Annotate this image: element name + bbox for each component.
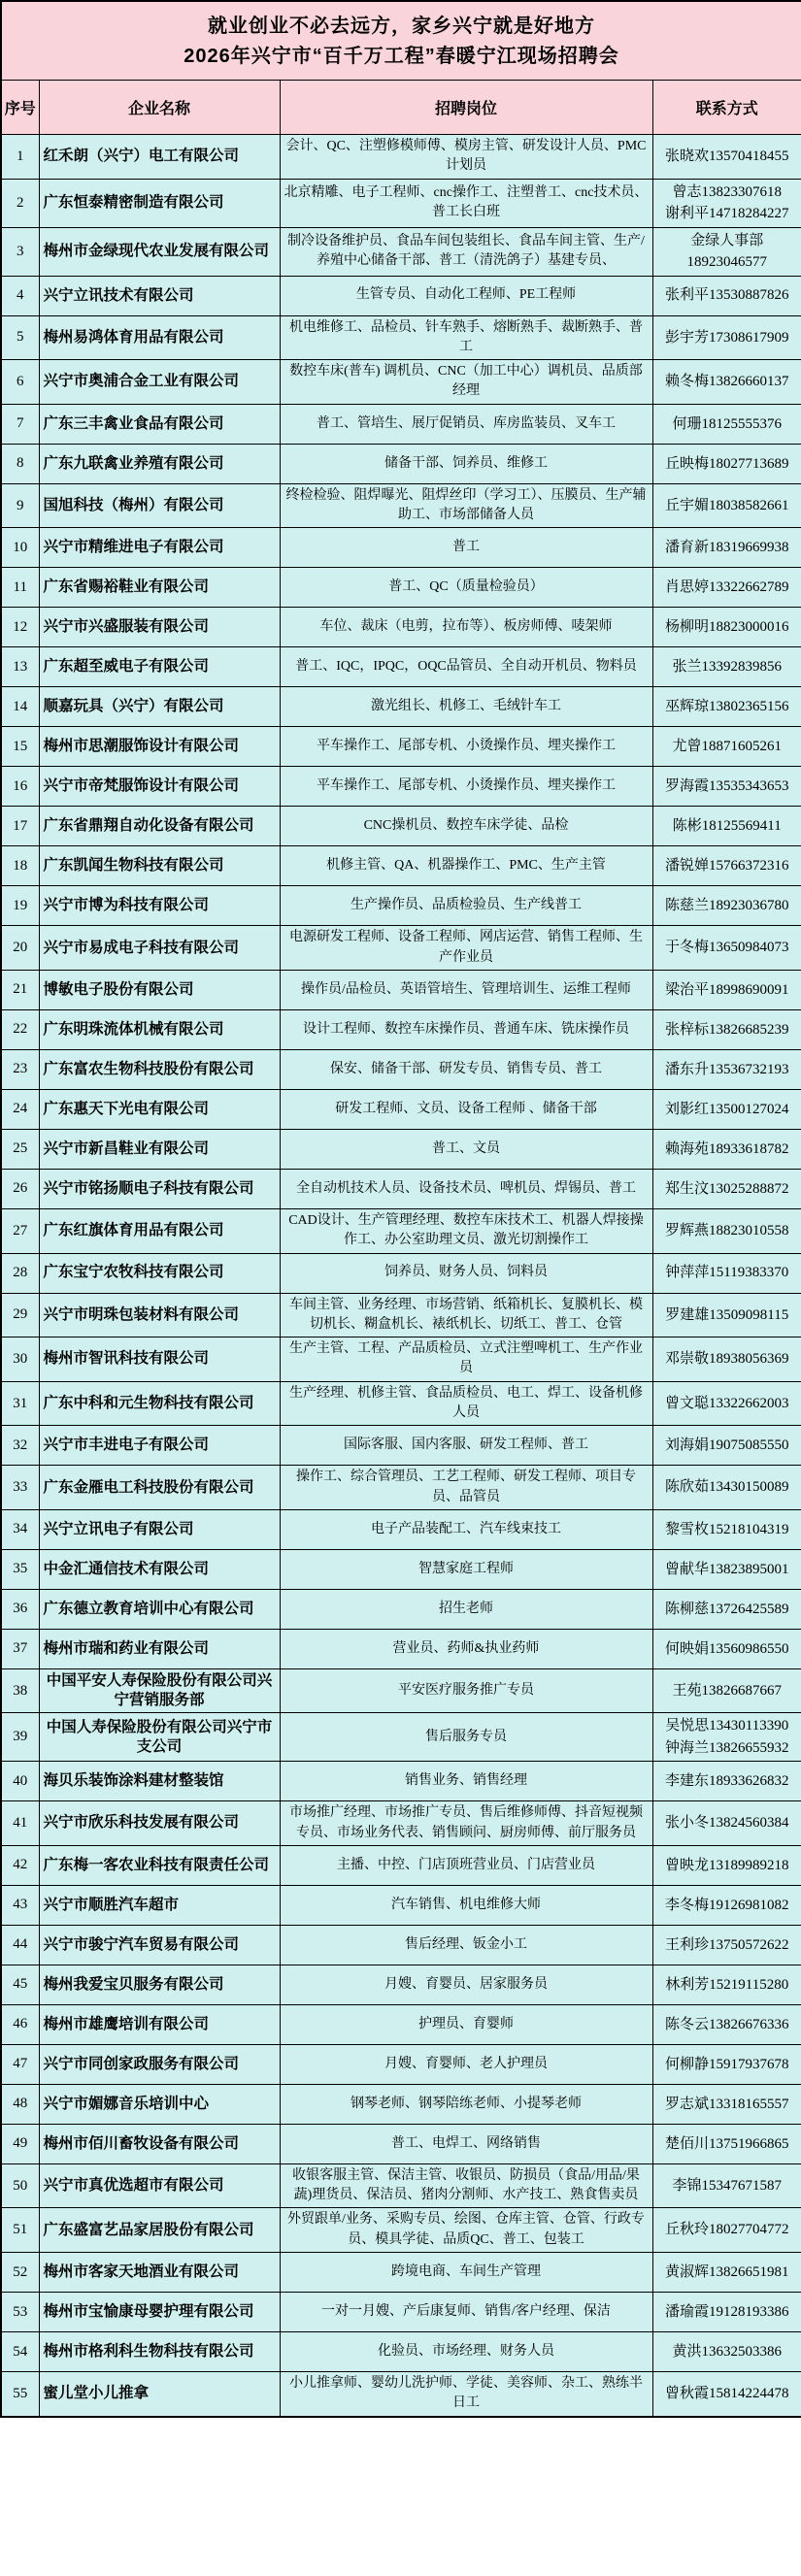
table-row: 20 兴宁市易成电子科技有限公司 电源研发工程师、设备工程师、网店运营、销售工程… [1,926,801,971]
job-positions: 平车操作工、尾部专机、小烫操作员、埋夹操作工 [280,727,652,767]
contact-info: 张晓欢13570418455 [652,135,801,180]
company-name: 兴宁市易成电子科技有限公司 [39,926,280,971]
contact-info: 邓崇敬18938056369 [652,1338,801,1382]
row-number: 32 [1,1426,39,1466]
row-number: 20 [1,926,39,971]
table-row: 18 广东凯闻生物科技有限公司 机修主管、QA、机器操作工、PMC、生产主管 潘… [1,846,801,886]
job-positions: 外贸跟单/业务、采购专员、绘图、仓库主管、仓管、行政专员、模具学徒、品质QC、普… [280,2208,652,2253]
table-row: 34 兴宁立讯电子有限公司 电子产品装配工、汽车线束技工 黎雪枚15218104… [1,1509,801,1549]
company-name: 广东金雁电工科技股份有限公司 [39,1466,280,1510]
table-row: 36 广东德立教育培训中心有限公司 招生老师 陈柳慈13726425589 [1,1589,801,1629]
company-name: 兴宁市丰进电子有限公司 [39,1426,280,1466]
contact-info: 赖冬梅13826660137 [652,360,801,405]
contact-info: 张梓标13826685239 [652,1009,801,1049]
table-row: 5 梅州易鸿体育用品有限公司 机电维修工、品检员、针车熟手、熔断熟手、裁断熟手、… [1,315,801,360]
row-number: 31 [1,1381,39,1426]
contact-info: 李建东18933626832 [652,1762,801,1801]
title-slogan: 就业创业不必去远方，家乡兴宁就是好地方 [8,12,795,42]
table-row: 48 兴宁市媚娜音乐培训中心 钢琴老师、钢琴陪练老师、小提琴老师 罗志斌1331… [1,2084,801,2124]
company-name: 广东梅一客农业科技有限责任公司 [39,1845,280,1885]
job-positions: 车间主管、业务经理、市场营销、纸箱机长、复膜机长、模切机长、糊盒机长、裱纸机长、… [280,1293,652,1338]
company-name: 梅州易鸿体育用品有限公司 [39,315,280,360]
table-row: 13 广东超至威电子有限公司 普工、IQC，IPQC，OQC品管员、全自动开机员… [1,647,801,687]
job-positions: 操作工、综合管理员、工艺工程师、研发工程师、项目专员、品管员 [280,1466,652,1510]
job-positions: 智慧家庭工程师 [280,1549,652,1589]
row-number: 43 [1,1885,39,1925]
job-positions: 平车操作工、尾部专机、小烫操作员、埋夹操作工 [280,767,652,807]
contact-info: 刘海娟19075085550 [652,1426,801,1466]
job-positions: 电源研发工程师、设备工程师、网店运营、销售工程师、生产作业员 [280,926,652,971]
contact-info: 黄淑辉13826651981 [652,2253,801,2293]
job-positions: 营业员、药师&执业药师 [280,1629,652,1668]
table-row: 40 海贝乐装饰涂料建材整装馆 销售业务、销售经理 李建东18933626832 [1,1762,801,1801]
row-number: 27 [1,1208,39,1253]
row-number: 40 [1,1762,39,1801]
row-number: 15 [1,727,39,767]
table-row: 19 兴宁市博为科技有限公司 生产操作员、品质检验员、生产线普工 陈慈兰1892… [1,886,801,926]
row-number: 52 [1,2253,39,2293]
row-number: 18 [1,846,39,886]
contact-info: 丘秋玲18027704772 [652,2208,801,2253]
company-name: 蜜儿堂小儿推拿 [39,2372,280,2417]
row-number: 26 [1,1169,39,1208]
table-row: 39 中国人寿保险股份有限公司兴宁市支公司 售后服务专员 吴悦思13430113… [1,1713,801,1762]
table-row: 44 兴宁市骏宁汽车贸易有限公司 售后经理、钣金小工 王利珍1375057262… [1,1925,801,1965]
company-name: 兴宁市骏宁汽车贸易有限公司 [39,1925,280,1965]
row-number: 29 [1,1293,39,1338]
row-number: 36 [1,1589,39,1629]
table-row: 46 梅州市雄鹰培训有限公司 护理员、育婴师 陈冬云13826676336 [1,2004,801,2044]
contact-info: 彭宇芳17308617909 [652,315,801,360]
table-row: 35 中金汇通信技术有限公司 智慧家庭工程师 曾献华13823895001 [1,1549,801,1589]
contact-info: 王利珍13750572622 [652,1925,801,1965]
row-number: 30 [1,1338,39,1382]
contact-info: 罗建雄13509098115 [652,1293,801,1338]
job-positions: 全自动机技术人员、设备技术员、啤机员、焊锡员、普工 [280,1169,652,1208]
table-row: 9 国旭科技（梅州）有限公司 终检检验、阻焊曝光、阻焊丝印（学习工）、压膜员、生… [1,483,801,528]
company-name: 广东明珠流体机械有限公司 [39,1009,280,1049]
row-number: 38 [1,1668,39,1712]
company-name: 兴宁市媚娜音乐培训中心 [39,2084,280,2124]
contact-info: 曾文聪13322662003 [652,1381,801,1426]
row-number: 48 [1,2084,39,2124]
table-row: 15 梅州市思潮服饰设计有限公司 平车操作工、尾部专机、小烫操作员、埋夹操作工 … [1,727,801,767]
table-row: 37 梅州市瑞和药业有限公司 营业员、药师&执业药师 何映娟1356098655… [1,1629,801,1668]
table-row: 6 兴宁市奥浦合金工业有限公司 数控车床(普车) 调机员、CNC（加工中心）调机… [1,360,801,405]
table-row: 28 广东宝宁农牧科技有限公司 饲养员、财务人员、饲料员 钟萍萍15119383… [1,1253,801,1293]
company-name: 顺嘉玩具（兴宁）有限公司 [39,687,280,727]
company-name: 兴宁市帝梵服饰设计有限公司 [39,767,280,807]
row-number: 10 [1,528,39,568]
job-positions: 生产主管、工程、产品质检员、立式注塑啤机工、生产作业员 [280,1338,652,1382]
table-row: 21 博敏电子股份有限公司 操作员/品检员、英语管培生、管理培训生、运维工程师 … [1,970,801,1009]
table-row: 54 梅州市格利科生物科技有限公司 化验员、市场经理、财务人员 黄洪136325… [1,2332,801,2372]
contact-info: 罗海霞13535343653 [652,767,801,807]
company-name: 兴宁市奥浦合金工业有限公司 [39,360,280,405]
job-positions: 普工、电焊工、网络销售 [280,2124,652,2163]
job-positions: 电子产品装配工、汽车线束技工 [280,1509,652,1549]
row-number: 45 [1,1965,39,2004]
company-name: 广东省鼎翔自动化设备有限公司 [39,807,280,846]
contact-info: 郑生汶13025288872 [652,1169,801,1208]
row-number: 33 [1,1466,39,1510]
company-name: 广东九联禽业养殖有限公司 [39,444,280,483]
contact-info: 丘宇媚18038582661 [652,483,801,528]
company-name: 兴宁市铭扬顺电子科技有限公司 [39,1169,280,1208]
row-number: 14 [1,687,39,727]
column-header-seq: 序号 [1,81,39,135]
company-name: 梅州市雄鹰培训有限公司 [39,2004,280,2044]
row-number: 21 [1,970,39,1009]
job-positions: 国际客服、国内客服、研发工程师、普工 [280,1426,652,1466]
table-row: 42 广东梅一客农业科技有限责任公司 主播、中控、门店顶班营业员、门店营业员 曾… [1,1845,801,1885]
row-number: 11 [1,568,39,608]
contact-info: 吴悦思13430113390 钟海兰13826655932 [652,1713,801,1762]
table-row: 16 兴宁市帝梵服饰设计有限公司 平车操作工、尾部专机、小烫操作员、埋夹操作工 … [1,767,801,807]
table-row: 3 梅州市金绿现代农业发展有限公司 制冷设备维护员、食品车间包装组长、食品车间主… [1,227,801,276]
table-row: 47 兴宁市同创家政服务有限公司 月嫂、育婴师、老人护理员 何柳静1591793… [1,2044,801,2084]
table-row: 24 广东惠天下光电有限公司 研发工程师、文员、设备工程师 、储备干部 刘影红1… [1,1089,801,1129]
job-positions: 月嫂、育婴师、老人护理员 [280,2044,652,2084]
company-name: 中金汇通信技术有限公司 [39,1549,280,1589]
table-row: 51 广东盛富艺品家居股份有限公司 外贸跟单/业务、采购专员、绘图、仓库主管、仓… [1,2208,801,2253]
row-number: 42 [1,1845,39,1885]
job-positions: 跨境电商、车间生产管理 [280,2253,652,2293]
job-positions: 收银客服主管、保洁主管、收银员、防损员（食品/用品/果蔬)理货员、保洁员、猪肉分… [280,2163,652,2208]
job-positions: 一对一月嫂、产后康复师、销售/客户经理、保洁 [280,2293,652,2332]
table-row: 23 广东富农生物科技股份有限公司 保安、储备干部、研发专员、销售专员、普工 潘… [1,1049,801,1089]
job-positions: 机修主管、QA、机器操作工、PMC、生产主管 [280,846,652,886]
job-positions: 北京精雕、电子工程师、cnc操作工、注塑普工、cnc技术员、普工长白班 [280,179,652,227]
column-header-contact: 联系方式 [652,81,801,135]
job-positions: 护理员、育婴师 [280,2004,652,2044]
row-number: 4 [1,276,39,315]
row-number: 7 [1,404,39,444]
company-name: 海贝乐装饰涂料建材整装馆 [39,1762,280,1801]
job-positions: 数控车床(普车) 调机员、CNC（加工中心）调机员、品质部经理 [280,360,652,405]
row-number: 24 [1,1089,39,1129]
row-number: 25 [1,1129,39,1169]
table-row: 50 兴宁市真优选超市有限公司 收银客服主管、保洁主管、收银员、防损员（食品/用… [1,2163,801,2208]
job-positions: 市场推广经理、市场推广专员、售后维修师傅、抖音短视频专员、市场业务代表、销售顾问… [280,1801,652,1846]
row-number: 9 [1,483,39,528]
job-positions: 机电维修工、品检员、针车熟手、熔断熟手、裁断熟手、普工 [280,315,652,360]
job-positions: 研发工程师、文员、设备工程师 、储备干部 [280,1089,652,1129]
row-number: 51 [1,2208,39,2253]
contact-info: 李锦15347671587 [652,2163,801,2208]
contact-info: 张兰13392839856 [652,647,801,687]
contact-info: 巫辉琼13802365156 [652,687,801,727]
job-positions: CAD设计、生产管理经理、数控车床技术工、机器人焊接操作工、办公室助理文员、激光… [280,1208,652,1253]
table-row: 41 兴宁市欣乐科技发展有限公司 市场推广经理、市场推广专员、售后维修师傅、抖音… [1,1801,801,1846]
table-row: 17 广东省鼎翔自动化设备有限公司 CNC操机员、数控车床学徒、品检 陈彬181… [1,807,801,846]
company-name: 兴宁立讯电子有限公司 [39,1509,280,1549]
table-row: 45 梅州我爱宝贝服务有限公司 月嫂、育婴员、居家服务员 林利芳15219115… [1,1965,801,2004]
job-positions: 会计、QC、注塑修模师傅、模房主管、研发设计人员、PMC计划员 [280,135,652,180]
table-row: 25 兴宁市新昌鞋业有限公司 普工、文员 赖海苑18933618782 [1,1129,801,1169]
company-name: 广东中科和元生物科技有限公司 [39,1381,280,1426]
job-positions: 生产经理、机修主管、食品质检员、电工、焊工、设备机修人员 [280,1381,652,1426]
company-name: 梅州市智讯科技有限公司 [39,1338,280,1382]
row-number: 5 [1,315,39,360]
contact-info: 陈柳慈13726425589 [652,1589,801,1629]
job-positions: 普工、QC（质量检验员） [280,568,652,608]
contact-info: 罗志斌13318165557 [652,2084,801,2124]
table-row: 32 兴宁市丰进电子有限公司 国际客服、国内客服、研发工程师、普工 刘海娟190… [1,1426,801,1466]
table-row: 26 兴宁市铭扬顺电子科技有限公司 全自动机技术人员、设备技术员、啤机员、焊锡员… [1,1169,801,1208]
table-row: 38 中国平安人寿保险股份有限公司兴宁营销服务部 平安医疗服务推广专员 王苑13… [1,1668,801,1712]
job-positions: 设计工程师、数控车床操作员、普通车床、铣床操作员 [280,1009,652,1049]
company-name: 兴宁立讯技术有限公司 [39,276,280,315]
company-name: 梅州市瑞和药业有限公司 [39,1629,280,1668]
column-header-company: 企业名称 [39,81,280,135]
row-number: 41 [1,1801,39,1846]
job-positions: 普工 [280,528,652,568]
job-positions: 普工、IQC，IPQC，OQC品管员、全自动开机员、物料员 [280,647,652,687]
contact-info: 曾映龙13189989218 [652,1845,801,1885]
company-name: 红禾朗（兴宁）电工有限公司 [39,135,280,180]
job-positions: 普工、文员 [280,1129,652,1169]
contact-info: 陈彬18125569411 [652,807,801,846]
job-positions: 保安、储备干部、研发专员、销售专员、普工 [280,1049,652,1089]
table-row: 53 梅州市宝愉康母婴护理有限公司 一对一月嫂、产后康复师、销售/客户经理、保洁… [1,2293,801,2332]
table-row: 55 蜜儿堂小儿推拿 小儿推拿师、婴幼儿洗护师、学徒、美容师、杂工、熟练半日工 … [1,2372,801,2417]
company-name: 兴宁市精维进电子有限公司 [39,528,280,568]
table-row: 52 梅州市客家天地酒业有限公司 跨境电商、车间生产管理 黄淑辉13826651… [1,2253,801,2293]
table-row: 12 兴宁市兴盛服装有限公司 车位、裁床（电剪，拉布等）、板房师傅、唛架师 杨柳… [1,608,801,647]
table-row: 33 广东金雁电工科技股份有限公司 操作工、综合管理员、工艺工程师、研发工程师、… [1,1466,801,1510]
table-row: 14 顺嘉玩具（兴宁）有限公司 激光组长、机修工、毛绒针车工 巫辉琼138023… [1,687,801,727]
company-name: 广东凯闻生物科技有限公司 [39,846,280,886]
job-positions: CNC操机员、数控车床学徒、品检 [280,807,652,846]
company-name: 国旭科技（梅州）有限公司 [39,483,280,528]
job-positions: 普工、管培生、展厅促销员、库房监装员、叉车工 [280,404,652,444]
contact-info: 潘东升13536732193 [652,1049,801,1089]
contact-info: 何柳静15917937678 [652,2044,801,2084]
job-positions: 化验员、市场经理、财务人员 [280,2332,652,2372]
company-name: 博敏电子股份有限公司 [39,970,280,1009]
row-number: 35 [1,1549,39,1589]
table-row: 11 广东省赐裕鞋业有限公司 普工、QC（质量检验员） 肖思婷133226627… [1,568,801,608]
company-name: 兴宁市真优选超市有限公司 [39,2163,280,2208]
company-name: 梅州市格利科生物科技有限公司 [39,2332,280,2372]
company-name: 梅州市客家天地酒业有限公司 [39,2253,280,2293]
row-number: 17 [1,807,39,846]
company-name: 兴宁市兴盛服装有限公司 [39,608,280,647]
job-positions: 售后经理、钣金小工 [280,1925,652,1965]
contact-info: 黄洪13632503386 [652,2332,801,2372]
job-positions: 饲养员、财务人员、饲料员 [280,1253,652,1293]
column-header-positions: 招聘岗位 [280,81,652,135]
row-number: 13 [1,647,39,687]
contact-info: 何映娟13560986550 [652,1629,801,1668]
company-name: 广东省赐裕鞋业有限公司 [39,568,280,608]
company-name: 梅州市佰川畜牧设备有限公司 [39,2124,280,2163]
job-positions: 激光组长、机修工、毛绒针车工 [280,687,652,727]
row-number: 53 [1,2293,39,2332]
row-number: 49 [1,2124,39,2163]
contact-info: 陈慈兰18923036780 [652,886,801,926]
row-number: 50 [1,2163,39,2208]
row-number: 16 [1,767,39,807]
job-positions: 平安医疗服务推广专员 [280,1668,652,1712]
table-row: 31 广东中科和元生物科技有限公司 生产经理、机修主管、食品质检员、电工、焊工、… [1,1381,801,1426]
job-positions: 制冷设备维护员、食品车间包装组长、食品车间主管、生产/养殖中心储备干部、普工（清… [280,227,652,276]
contact-info: 赖海苑18933618782 [652,1129,801,1169]
table-row: 8 广东九联禽业养殖有限公司 储备干部、饲养员、维修工 丘映梅180277136… [1,444,801,483]
table-row: 27 广东红旗体育用品有限公司 CAD设计、生产管理经理、数控车床技术工、机器人… [1,1208,801,1253]
job-positions: 终检检验、阻焊曝光、阻焊丝印（学习工）、压膜员、生产辅助工、市场部储备人员 [280,483,652,528]
contact-info: 潘瑜霞19128193386 [652,2293,801,2332]
company-name: 中国平安人寿保险股份有限公司兴宁营销服务部 [39,1668,280,1712]
contact-info: 黎雪枚15218104319 [652,1509,801,1549]
company-name: 兴宁市同创家政服务有限公司 [39,2044,280,2084]
job-positions: 月嫂、育婴员、居家服务员 [280,1965,652,2004]
job-positions: 主播、中控、门店顶班营业员、门店营业员 [280,1845,652,1885]
row-number: 55 [1,2372,39,2417]
company-name: 中国人寿保险股份有限公司兴宁市支公司 [39,1713,280,1762]
contact-info: 林利芳15219115280 [652,1965,801,2004]
table-row: 49 梅州市佰川畜牧设备有限公司 普工、电焊工、网络销售 楚佰川13751966… [1,2124,801,2163]
table-row: 1 红禾朗（兴宁）电工有限公司 会计、QC、注塑修模师傅、模房主管、研发设计人员… [1,135,801,180]
job-positions: 招生老师 [280,1589,652,1629]
title-row: 就业创业不必去远方，家乡兴宁就是好地方 2026年兴宁市“百千万工程”春暖宁江现… [1,1,801,81]
row-number: 3 [1,227,39,276]
company-name: 广东恒泰精密制造有限公司 [39,179,280,227]
company-name: 广东三丰禽业食品有限公司 [39,404,280,444]
company-name: 广东红旗体育用品有限公司 [39,1208,280,1253]
contact-info: 杨柳明18823000016 [652,608,801,647]
contact-info: 曾志13823307618 谢利平14718284227 [652,179,801,227]
row-number: 22 [1,1009,39,1049]
job-positions: 车位、裁床（电剪，拉布等）、板房师傅、唛架师 [280,608,652,647]
company-name: 梅州我爱宝贝服务有限公司 [39,1965,280,2004]
table-body: 就业创业不必去远方，家乡兴宁就是好地方 2026年兴宁市“百千万工程”春暖宁江现… [1,1,801,2417]
company-name: 兴宁市顺胜汽车超市 [39,1885,280,1925]
company-name: 广东富农生物科技股份有限公司 [39,1049,280,1089]
job-fair-table: 就业创业不必去远方，家乡兴宁就是好地方 2026年兴宁市“百千万工程”春暖宁江现… [0,0,801,2418]
contact-info: 钟萍萍15119383370 [652,1253,801,1293]
contact-info: 陈欣茹13430150089 [652,1466,801,1510]
table-row: 4 兴宁立讯技术有限公司 生管专员、自动化工程师、PE工程师 张利平135308… [1,276,801,315]
row-number: 37 [1,1629,39,1668]
row-number: 1 [1,135,39,180]
contact-info: 楚佰川13751966865 [652,2124,801,2163]
contact-info: 丘映梅18027713689 [652,444,801,483]
company-name: 兴宁市明珠包装材料有限公司 [39,1293,280,1338]
job-positions: 储备干部、饲养员、维修工 [280,444,652,483]
job-positions: 钢琴老师、钢琴陪练老师、小提琴老师 [280,2084,652,2124]
job-positions: 生管专员、自动化工程师、PE工程师 [280,276,652,315]
company-name: 梅州市金绿现代农业发展有限公司 [39,227,280,276]
table-row: 43 兴宁市顺胜汽车超市 汽车销售、机电维修大师 李冬梅19126981082 [1,1885,801,1925]
table-row: 30 梅州市智讯科技有限公司 生产主管、工程、产品质检员、立式注塑啤机工、生产作… [1,1338,801,1382]
row-number: 6 [1,360,39,405]
job-positions: 售后服务专员 [280,1713,652,1762]
table-row: 7 广东三丰禽业食品有限公司 普工、管培生、展厅促销员、库房监装员、叉车工 何珊… [1,404,801,444]
contact-info: 曾献华13823895001 [652,1549,801,1589]
row-number: 34 [1,1509,39,1549]
row-number: 2 [1,179,39,227]
contact-info: 潘锐婵15766372316 [652,846,801,886]
job-positions: 操作员/品检员、英语管培生、管理培训生、运维工程师 [280,970,652,1009]
contact-info: 于冬梅13650984073 [652,926,801,971]
company-name: 兴宁市新昌鞋业有限公司 [39,1129,280,1169]
table-row: 10 兴宁市精维进电子有限公司 普工 潘育新18319669938 [1,528,801,568]
company-name: 广东惠天下光电有限公司 [39,1089,280,1129]
row-number: 47 [1,2044,39,2084]
table-title-block: 就业创业不必去远方，家乡兴宁就是好地方 2026年兴宁市“百千万工程”春暖宁江现… [1,1,801,81]
contact-info: 李冬梅19126981082 [652,1885,801,1925]
row-number: 39 [1,1713,39,1762]
company-name: 广东宝宁农牧科技有限公司 [39,1253,280,1293]
job-positions: 汽车销售、机电维修大师 [280,1885,652,1925]
row-number: 54 [1,2332,39,2372]
row-number: 44 [1,1925,39,1965]
contact-info: 潘育新18319669938 [652,528,801,568]
job-positions: 小儿推拿师、婴幼儿洗护师、学徒、美容师、杂工、熟练半日工 [280,2372,652,2417]
contact-info: 陈冬云13826676336 [652,2004,801,2044]
contact-info: 罗辉燕18823010558 [652,1208,801,1253]
company-name: 兴宁市欣乐科技发展有限公司 [39,1801,280,1846]
contact-info: 尤曾18871605261 [652,727,801,767]
contact-info: 曾秋霞15814224478 [652,2372,801,2417]
company-name: 梅州市宝愉康母婴护理有限公司 [39,2293,280,2332]
row-number: 12 [1,608,39,647]
contact-info: 何珊18125555376 [652,404,801,444]
title-event-name: 2026年兴宁市“百千万工程”春暖宁江现场招聘会 [8,42,795,72]
row-number: 28 [1,1253,39,1293]
job-positions: 销售业务、销售经理 [280,1762,652,1801]
column-header-row: 序号 企业名称 招聘岗位 联系方式 [1,81,801,135]
row-number: 19 [1,886,39,926]
job-positions: 生产操作员、品质检验员、生产线普工 [280,886,652,926]
contact-info: 梁治平18998690091 [652,970,801,1009]
table-row: 2 广东恒泰精密制造有限公司 北京精雕、电子工程师、cnc操作工、注塑普工、cn… [1,179,801,227]
contact-info: 王苑13826687667 [652,1668,801,1712]
row-number: 23 [1,1049,39,1089]
contact-info: 金绿人事部 18923046577 [652,227,801,276]
contact-info: 肖思婷13322662789 [652,568,801,608]
row-number: 8 [1,444,39,483]
row-number: 46 [1,2004,39,2044]
table-row: 29 兴宁市明珠包装材料有限公司 车间主管、业务经理、市场营销、纸箱机长、复膜机… [1,1293,801,1338]
company-name: 梅州市思潮服饰设计有限公司 [39,727,280,767]
company-name: 广东盛富艺品家居股份有限公司 [39,2208,280,2253]
company-name: 广东超至威电子有限公司 [39,647,280,687]
company-name: 兴宁市博为科技有限公司 [39,886,280,926]
company-name: 广东德立教育培训中心有限公司 [39,1589,280,1629]
contact-info: 张小冬13824560384 [652,1801,801,1846]
table-row: 22 广东明珠流体机械有限公司 设计工程师、数控车床操作员、普通车床、铣床操作员… [1,1009,801,1049]
contact-info: 张利平13530887826 [652,276,801,315]
contact-info: 刘影红13500127024 [652,1089,801,1129]
